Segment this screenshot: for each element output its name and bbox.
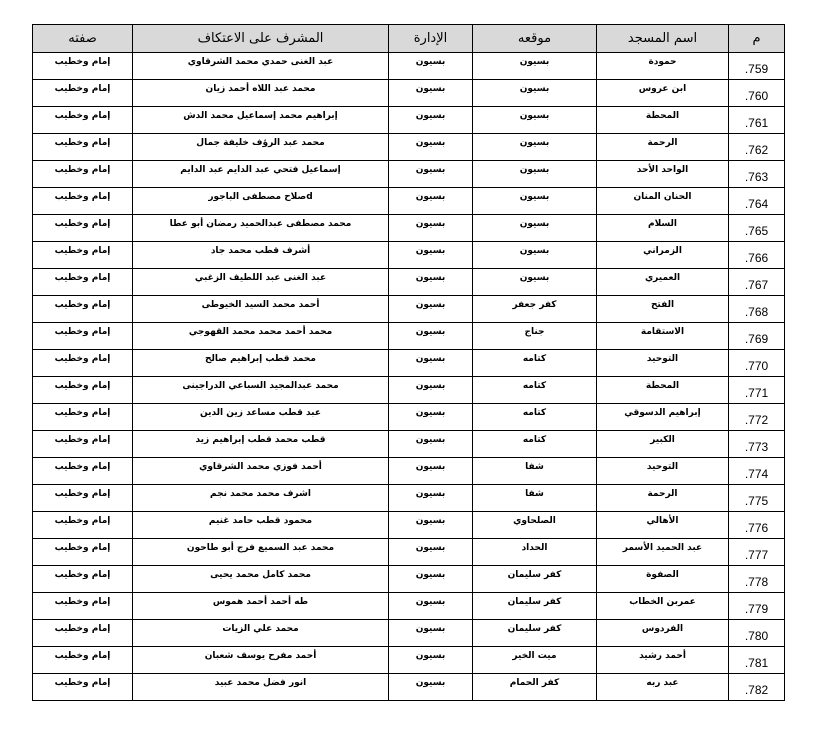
cell-mosque-name: الفتح [597,296,729,323]
header-location: موقعه [473,25,597,53]
cell-num: .778 [729,566,785,593]
cell-location: بسيون [473,242,597,269]
cell-num: .774 [729,458,785,485]
cell-supervisor: انور فضل محمد عبيد [133,674,389,701]
table-row: .774التوحيدشفابسيونأحمد فوزي محمد الشرقا… [33,458,785,485]
cell-supervisor: محمد عبدالمجيد السباعي الدراجينى [133,377,389,404]
cell-administration: بسيون [389,620,473,647]
cell-mosque-name: الفردوس [597,620,729,647]
cell-supervisor: محمود قطب حامد غنيم [133,512,389,539]
table-row: .766الزمرانيبسيونبسيونأشرف قطب محمد جادإ… [33,242,785,269]
cell-num: .762 [729,134,785,161]
cell-num: .773 [729,431,785,458]
cell-role: إمام وخطيب [33,242,133,269]
cell-num: .782 [729,674,785,701]
cell-num: .763 [729,161,785,188]
table-body: .759حمودةبسيونبسيونعبد الغنى حمدي محمد ا… [33,53,785,701]
cell-num: .779 [729,593,785,620]
table-header: م اسم المسجد موقعه الإدارة المشرف على ال… [33,25,785,53]
cell-supervisor: أحمد مفرح يوسف شعبان [133,647,389,674]
cell-role: إمام وخطيب [33,458,133,485]
cell-administration: بسيون [389,566,473,593]
cell-mosque-name: الأهالي [597,512,729,539]
cell-administration: بسيون [389,458,473,485]
cell-role: إمام وخطيب [33,215,133,242]
cell-mosque-name: الاستقامة [597,323,729,350]
cell-location: جناج [473,323,597,350]
cell-supervisor: dصلاح مصطفى الباجور [133,188,389,215]
cell-location: بسيون [473,215,597,242]
cell-role: إمام وخطيب [33,377,133,404]
cell-num: .768 [729,296,785,323]
mosque-supervisors-table: م اسم المسجد موقعه الإدارة المشرف على ال… [32,24,785,701]
cell-mosque-name: السلام [597,215,729,242]
cell-location: بسيون [473,80,597,107]
cell-mosque-name: التوحيد [597,350,729,377]
table-row: .760ابن عروسبسيونبسيونمحمد عبد اللاه أحم… [33,80,785,107]
mosque-table-container: م اسم المسجد موقعه الإدارة المشرف على ال… [32,24,784,701]
cell-administration: بسيون [389,269,473,296]
cell-num: .761 [729,107,785,134]
cell-location: كتامه [473,350,597,377]
cell-role: إمام وخطيب [33,80,133,107]
cell-location: شفا [473,485,597,512]
cell-administration: بسيون [389,431,473,458]
cell-supervisor: محمد مصطفى عبدالحميد رمضان أبو عطا [133,215,389,242]
cell-mosque-name: عبد ربه [597,674,729,701]
table-row: .767العميريبسيونبسيونعبد الغنى عبد اللطي… [33,269,785,296]
cell-supervisor: محمد أحمد محمد محمد القهوجي [133,323,389,350]
cell-supervisor: محمد عبد اللاه أحمد زيان [133,80,389,107]
cell-mosque-name: الكبير [597,431,729,458]
cell-num: .767 [729,269,785,296]
header-num: م [729,25,785,53]
cell-administration: بسيون [389,593,473,620]
cell-num: .759 [729,53,785,80]
cell-num: .769 [729,323,785,350]
cell-role: إمام وخطيب [33,296,133,323]
table-row: .772إبراهيم الدسوقيكتامهبسيونعبد قطب مسا… [33,404,785,431]
cell-mosque-name: المحطة [597,107,729,134]
cell-mosque-name: إبراهيم الدسوقي [597,404,729,431]
cell-role: إمام وخطيب [33,512,133,539]
cell-administration: بسيون [389,377,473,404]
cell-supervisor: محمد عبد الرؤف خليفة جمال [133,134,389,161]
cell-administration: بسيون [389,296,473,323]
cell-location: بسيون [473,53,597,80]
cell-role: إمام وخطيب [33,485,133,512]
cell-num: .770 [729,350,785,377]
cell-role: إمام وخطيب [33,53,133,80]
cell-role: إمام وخطيب [33,674,133,701]
cell-administration: بسيون [389,161,473,188]
cell-supervisor: أحمد فوزي محمد الشرقاوي [133,458,389,485]
cell-administration: بسيون [389,512,473,539]
table-row: .775الرحمةشفابسيوناشرف محمد محمد نجمإمام… [33,485,785,512]
table-row: .780الفردوسكفر سليمانبسيونمحمد علي الزيا… [33,620,785,647]
table-row: .770التوحيدكتامهبسيونمحمد قطب إبراهيم صا… [33,350,785,377]
table-row: .765السلامبسيونبسيونمحمد مصطفى عبدالحميد… [33,215,785,242]
cell-mosque-name: ابن عروس [597,80,729,107]
cell-num: .780 [729,620,785,647]
header-mosque-name: اسم المسجد [597,25,729,53]
cell-role: إمام وخطيب [33,566,133,593]
cell-supervisor: طه أحمد أحمد هموس [133,593,389,620]
cell-location: كتامه [473,431,597,458]
cell-role: إمام وخطيب [33,188,133,215]
cell-administration: بسيون [389,80,473,107]
cell-location: بسيون [473,269,597,296]
cell-role: إمام وخطيب [33,539,133,566]
cell-num: .775 [729,485,785,512]
cell-role: إمام وخطيب [33,431,133,458]
cell-num: .777 [729,539,785,566]
cell-role: إمام وخطيب [33,134,133,161]
table-row: .761المحطةبسيونبسيونإبراهيم محمد إسماعيل… [33,107,785,134]
cell-supervisor: محمد عبد السميع فرج أبو طاحون [133,539,389,566]
cell-location: كفر الحمام [473,674,597,701]
cell-mosque-name: المحطة [597,377,729,404]
cell-mosque-name: الواحد الأحد [597,161,729,188]
table-row: .759حمودةبسيونبسيونعبد الغنى حمدي محمد ا… [33,53,785,80]
cell-supervisor: إبراهيم محمد إسماعيل محمد الدش [133,107,389,134]
cell-location: ميت الخير [473,647,597,674]
cell-administration: بسيون [389,350,473,377]
cell-location: الصلحاوي [473,512,597,539]
cell-supervisor: عبد الغنى عبد اللطيف الزغبي [133,269,389,296]
cell-supervisor: اشرف محمد محمد نجم [133,485,389,512]
cell-location: بسيون [473,134,597,161]
cell-mosque-name: التوحيد [597,458,729,485]
cell-supervisor: إسماعيل فتحي عبد الدايم عبد الدايم [133,161,389,188]
cell-supervisor: محمد كامل محمد يحيى [133,566,389,593]
cell-supervisor: أحمد محمد السيد الخيوطى [133,296,389,323]
cell-num: .781 [729,647,785,674]
cell-location: كفر سليمان [473,620,597,647]
cell-administration: بسيون [389,134,473,161]
cell-mosque-name: الرحمة [597,485,729,512]
cell-administration: بسيون [389,647,473,674]
cell-num: .765 [729,215,785,242]
cell-administration: بسيون [389,242,473,269]
table-row: .773الكبيركتامهبسيونقطب محمد قطب إبراهيم… [33,431,785,458]
cell-mosque-name: الحنان المنان [597,188,729,215]
table-row: .782عبد ربهكفر الحمامبسيونانور فضل محمد … [33,674,785,701]
cell-num: .772 [729,404,785,431]
cell-administration: بسيون [389,674,473,701]
cell-supervisor: محمد علي الزيات [133,620,389,647]
cell-role: إمام وخطيب [33,593,133,620]
cell-location: كفر سليمان [473,566,597,593]
header-supervisor: المشرف على الاعتكاف [133,25,389,53]
cell-role: إمام وخطيب [33,107,133,134]
cell-role: إمام وخطيب [33,161,133,188]
cell-location: بسيون [473,188,597,215]
cell-supervisor: عبد الغنى حمدي محمد الشرقاوي [133,53,389,80]
cell-supervisor: أشرف قطب محمد جاد [133,242,389,269]
cell-mosque-name: الزمراني [597,242,729,269]
table-row: .764الحنان المنانبسيونبسيونdصلاح مصطفى ا… [33,188,785,215]
cell-administration: بسيون [389,53,473,80]
cell-supervisor: محمد قطب إبراهيم صالح [133,350,389,377]
table-row: .779عمربن الخطابكفر سليمانبسيونطه أحمد أ… [33,593,785,620]
table-row: .776الأهاليالصلحاويبسيونمحمود قطب حامد غ… [33,512,785,539]
cell-administration: بسيون [389,215,473,242]
cell-location: بسيون [473,107,597,134]
cell-role: إمام وخطيب [33,647,133,674]
cell-location: كتامه [473,404,597,431]
table-row: .778الصفوةكفر سليمانبسيونمحمد كامل محمد … [33,566,785,593]
cell-location: شفا [473,458,597,485]
table-row: .771المحطةكتامهبسيونمحمد عبدالمجيد السبا… [33,377,785,404]
cell-role: إمام وخطيب [33,620,133,647]
cell-role: إمام وخطيب [33,404,133,431]
cell-mosque-name: عمربن الخطاب [597,593,729,620]
cell-role: إمام وخطيب [33,350,133,377]
cell-num: .771 [729,377,785,404]
cell-num: .764 [729,188,785,215]
cell-location: بسيون [473,161,597,188]
cell-num: .760 [729,80,785,107]
header-administration: الإدارة [389,25,473,53]
cell-role: إمام وخطيب [33,269,133,296]
cell-mosque-name: حمودة [597,53,729,80]
cell-administration: بسيون [389,188,473,215]
table-row: .769الاستقامةجناجبسيونمحمد أحمد محمد محم… [33,323,785,350]
cell-administration: بسيون [389,107,473,134]
table-row: .763الواحد الأحدبسيونبسيونإسماعيل فتحي ع… [33,161,785,188]
cell-num: .776 [729,512,785,539]
table-row: .777عبد الحميد الأسمرالحدادبسيونمحمد عبد… [33,539,785,566]
table-row: .762الرحمةبسيونبسيونمحمد عبد الرؤف خليفة… [33,134,785,161]
cell-location: كفر جعفر [473,296,597,323]
cell-supervisor: قطب محمد قطب إبراهيم زيد [133,431,389,458]
cell-mosque-name: عبد الحميد الأسمر [597,539,729,566]
cell-administration: بسيون [389,539,473,566]
table-row: .781أحمد رشيدميت الخيربسيونأحمد مفرح يوس… [33,647,785,674]
table-row: .768الفتحكفر جعفربسيونأحمد محمد السيد ال… [33,296,785,323]
cell-location: كتامه [473,377,597,404]
cell-location: الحداد [473,539,597,566]
cell-mosque-name: الصفوة [597,566,729,593]
cell-administration: بسيون [389,404,473,431]
cell-role: إمام وخطيب [33,323,133,350]
cell-mosque-name: أحمد رشيد [597,647,729,674]
cell-supervisor: عبد قطب مساعد زين الدين [133,404,389,431]
header-row: م اسم المسجد موقعه الإدارة المشرف على ال… [33,25,785,53]
cell-location: كفر سليمان [473,593,597,620]
cell-mosque-name: العميري [597,269,729,296]
header-role: صفته [33,25,133,53]
cell-administration: بسيون [389,485,473,512]
cell-mosque-name: الرحمة [597,134,729,161]
cell-num: .766 [729,242,785,269]
cell-administration: بسيون [389,323,473,350]
